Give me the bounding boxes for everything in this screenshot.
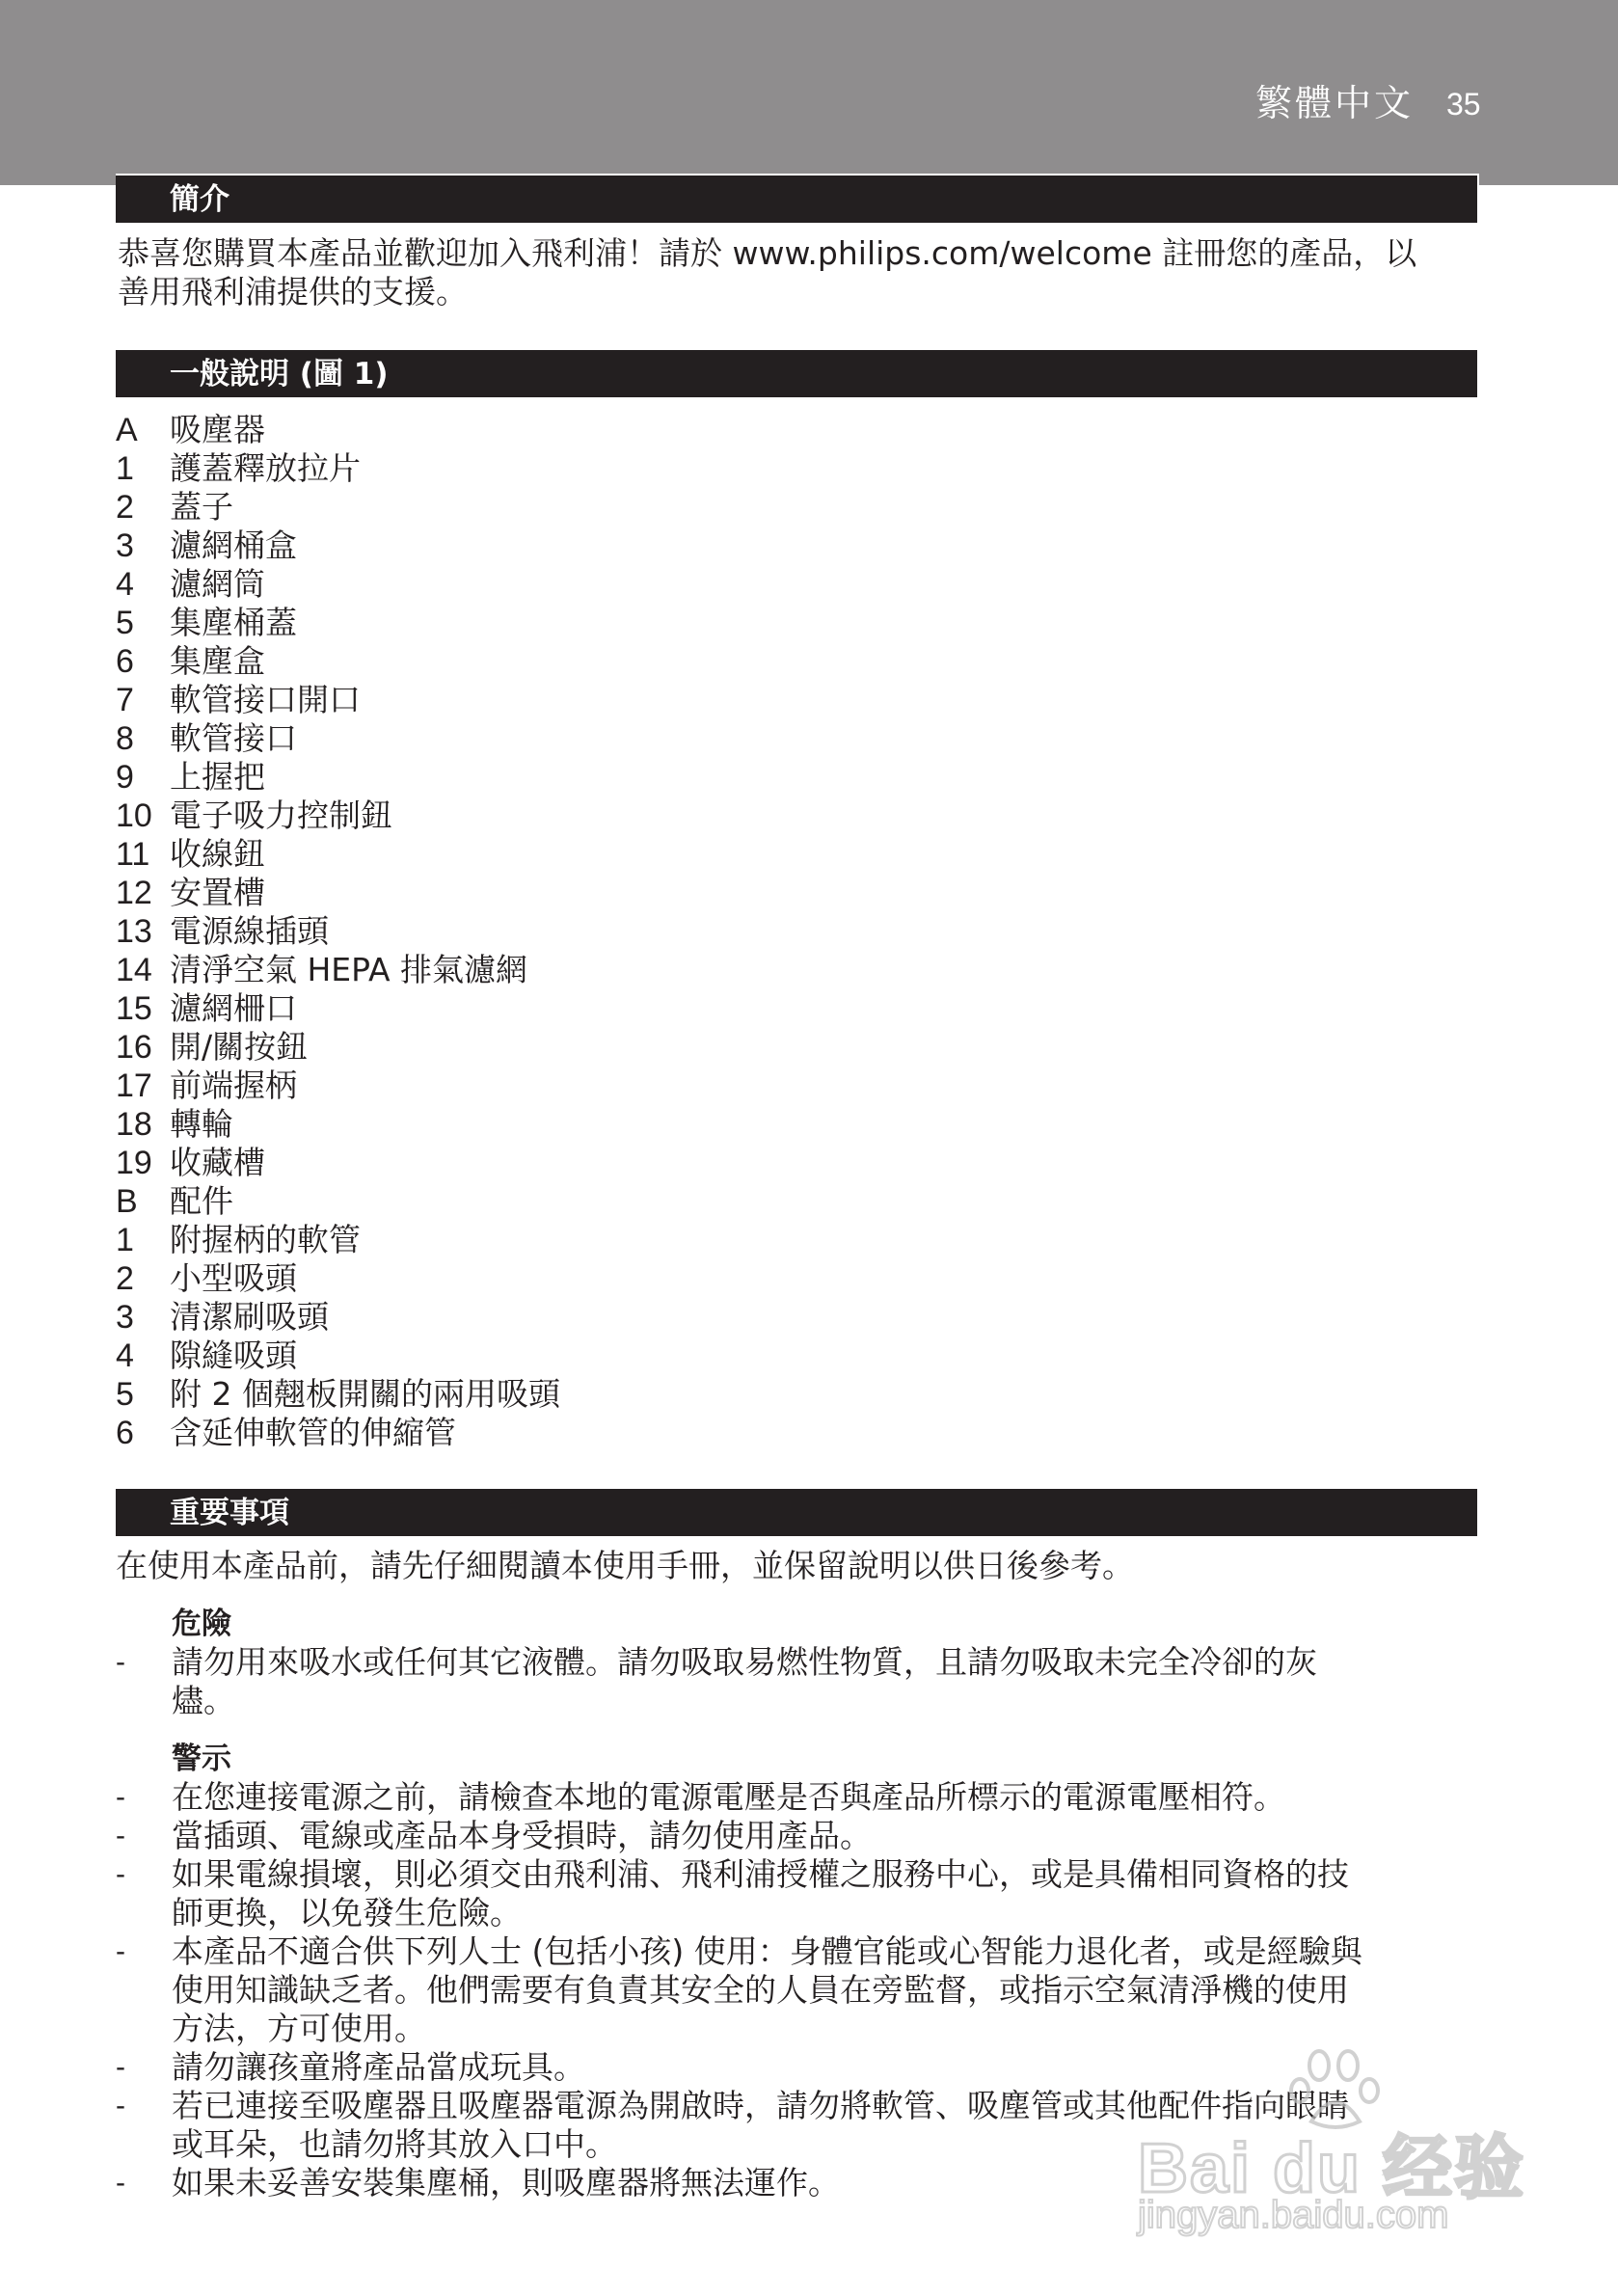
bullet-line: 使用知識缺乏者。他們需要有負責其安全的人員在旁監督，或指示空氣清淨機的使用 — [172, 1971, 1362, 2010]
list-index: 7 — [116, 681, 162, 719]
list-label: 清淨空氣 HEPA 排氣濾網 — [170, 951, 527, 989]
bullet-dash: - — [116, 2087, 125, 2125]
bullet-dash: - — [116, 1778, 125, 1817]
bullet-line: 方法，方可使用。 — [172, 2010, 1362, 2048]
list-label: 含延伸軟管的伸縮管 — [170, 1414, 456, 1452]
list-index: 19 — [116, 1144, 162, 1182]
list-label: 吸塵器 — [170, 411, 265, 449]
section-title-general: 一般說明 (圖 1) — [170, 354, 389, 394]
list-index: 3 — [116, 1298, 162, 1337]
section-bar-intro: 簡介 — [116, 174, 1479, 223]
list-label: 集塵盒 — [170, 642, 265, 681]
list-label: 安置槽 — [170, 874, 265, 912]
list-label: 收線鈕 — [170, 835, 265, 874]
list-label: 軟管接口開口 — [170, 681, 361, 719]
bullet-line: 在您連接電源之前，請檢查本地的電源電壓是否與產品所標示的電源電壓相符。 — [172, 1778, 1285, 1817]
section-bar-important: 重要事項 — [116, 1487, 1479, 1536]
list-index: 6 — [116, 642, 162, 681]
list-index: 14 — [116, 951, 162, 989]
bullet-line: 或耳朵，也請勿將其放入口中。 — [172, 2125, 1349, 2164]
list-index: 11 — [116, 835, 162, 874]
bullet-line: 燼。 — [172, 1682, 1317, 1720]
bullet-dash: - — [116, 1643, 125, 1682]
list-index: 9 — [116, 758, 162, 797]
bullet-dash: - — [116, 1855, 125, 1894]
bullet-dash: - — [116, 2164, 125, 2202]
bullet-line: 本產品不適合供下列人士 (包括小孩) 使用：身體官能或心智能力退化者，或是經驗與 — [172, 1932, 1362, 1971]
list-index: 4 — [116, 565, 162, 604]
intro-paragraph-line-1: 恭喜您購買本產品並歡迎加入飛利浦！請於 www.philips.com/welc… — [118, 234, 1416, 273]
list-index: A — [116, 411, 162, 449]
list-index: 15 — [116, 989, 162, 1028]
list-index: 8 — [116, 719, 162, 758]
list-label: 護蓋釋放拉片 — [170, 449, 361, 488]
bullet-line: 若已連接至吸塵器且吸塵器電源為開啟時，請勿將軟管、吸塵管或其他配件指向眼睛 — [172, 2087, 1349, 2125]
intro-paragraph-line-2: 善用飛利浦提供的支援。 — [118, 273, 468, 311]
list-index: 10 — [116, 797, 162, 835]
bullet-line: 如果未妥善安裝集塵桶，則吸塵器將無法運作。 — [172, 2164, 840, 2202]
bullet-dash: - — [116, 1817, 125, 1855]
list-index: 2 — [116, 488, 162, 527]
list-label: 配件 — [170, 1182, 233, 1221]
list-label: 轉輪 — [170, 1105, 233, 1144]
list-label: 濾網筒 — [170, 565, 265, 604]
list-label: 軟管接口 — [170, 719, 297, 758]
list-index: B — [116, 1182, 162, 1221]
list-index: 12 — [116, 874, 162, 912]
bullet-dash: - — [116, 2048, 125, 2087]
list-label: 附 2 個翹板開關的兩用吸頭 — [170, 1375, 560, 1414]
section-title-important: 重要事項 — [170, 1493, 289, 1533]
list-label: 清潔刷吸頭 — [170, 1298, 329, 1337]
section-bar-general: 一般說明 (圖 1) — [116, 348, 1479, 397]
warning-heading: 警示 — [172, 1740, 231, 1778]
danger-heading: 危險 — [172, 1605, 231, 1643]
bullet-dash: - — [116, 1932, 125, 1971]
list-index: 5 — [116, 604, 162, 642]
list-label: 電源線插頭 — [170, 912, 329, 951]
list-label: 濾網柵口 — [170, 989, 297, 1028]
list-label: 濾網桶盒 — [170, 527, 297, 565]
list-index: 3 — [116, 527, 162, 565]
list-label: 小型吸頭 — [170, 1259, 297, 1298]
section-title-intro: 簡介 — [170, 179, 229, 220]
list-label: 隙縫吸頭 — [170, 1337, 297, 1375]
list-index: 2 — [116, 1259, 162, 1298]
list-index: 4 — [116, 1337, 162, 1375]
watermark-url: jingyan.baidu.com — [1138, 2194, 1448, 2237]
list-label: 前端握柄 — [170, 1067, 297, 1105]
bullet-line: 當插頭、電線或產品本身受損時，請勿使用產品。 — [172, 1817, 872, 1855]
list-label: 集塵桶蓋 — [170, 604, 297, 642]
page-number: 35 — [1446, 83, 1481, 125]
list-label: 蓋子 — [170, 488, 233, 527]
list-index: 18 — [116, 1105, 162, 1144]
list-index: 17 — [116, 1067, 162, 1105]
list-label: 收藏槽 — [170, 1144, 265, 1182]
bullet-line: 請勿讓孩童將產品當成玩具。 — [172, 2048, 585, 2087]
list-index: 13 — [116, 912, 162, 951]
list-index: 1 — [116, 449, 162, 488]
list-index: 1 — [116, 1221, 162, 1259]
list-index: 5 — [116, 1375, 162, 1414]
important-intro: 在使用本產品前，請先仔細閱讀本使用手冊，並保留說明以供日後參考。 — [116, 1547, 1134, 1585]
bullet-line: 如果電線損壞，則必須交由飛利浦、飛利浦授權之服務中心，或是具備相同資格的技 — [172, 1855, 1349, 1894]
bullet-line: 師更換，以免發生危險。 — [172, 1894, 1349, 1932]
list-index: 6 — [116, 1414, 162, 1452]
bullet-line: 請勿用來吸水或任何其它液體。請勿吸取易燃性物質，且請勿吸取未完全冷卻的灰 — [172, 1643, 1317, 1682]
header-language: 繁體中文 — [1255, 81, 1414, 125]
list-label: 電子吸力控制鈕 — [170, 797, 392, 835]
list-index: 16 — [116, 1028, 162, 1067]
list-label: 附握柄的軟管 — [170, 1221, 361, 1259]
list-label: 開/關按鈕 — [170, 1028, 308, 1067]
list-label: 上握把 — [170, 758, 265, 797]
